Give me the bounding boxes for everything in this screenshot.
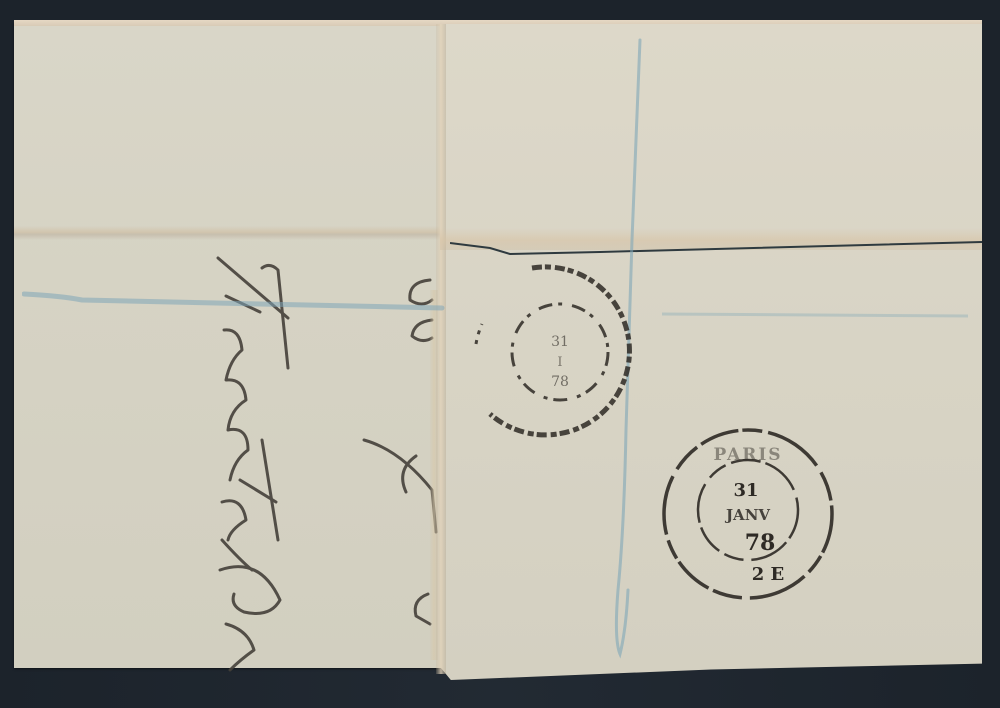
svg-text:I: I: [557, 355, 562, 370]
svg-text:78: 78: [745, 530, 776, 556]
svg-text:2 E: 2 E: [752, 564, 785, 585]
svg-text:31: 31: [551, 334, 569, 350]
svg-text:78: 78: [551, 374, 569, 390]
svg-text:JANV: JANV: [724, 506, 770, 524]
postmark-berne: 31 I 78 BERNE: [462, 254, 658, 450]
svg-text:PARIS: PARIS: [713, 445, 782, 465]
vertical-fold: [436, 24, 446, 674]
postmark-paris: PARIS 31 JANV 78 2 E: [650, 416, 846, 612]
horizontal-fold-left: [14, 226, 440, 240]
svg-text:31: 31: [733, 480, 758, 501]
